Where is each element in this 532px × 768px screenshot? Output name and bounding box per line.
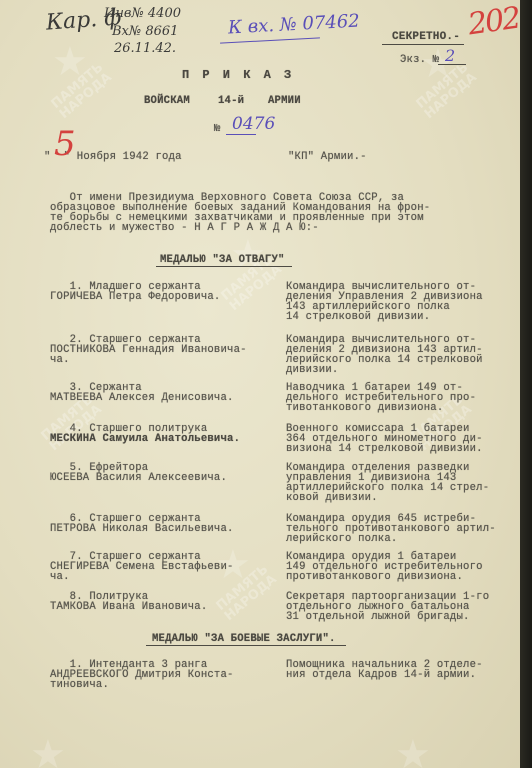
scan-edge [520, 0, 532, 768]
entry-position: лерийского полка. [286, 534, 397, 544]
copy-underline [438, 64, 466, 65]
entry-name: ЮСЕЕВА Василия Алексеевича. [50, 473, 227, 483]
copy-number: 2 [445, 46, 455, 65]
entry-name: ча. [50, 572, 70, 582]
order-number-prefix: № [214, 124, 221, 134]
entry-name: ПЕТРОВА Николая Васильевича. [50, 524, 234, 534]
order-subtitle-troops: ВОЙСКАМ [144, 96, 190, 106]
entry-position: ковой дивизии. [286, 493, 378, 503]
entry-name: МЕСКИНА Самуила Анатольевича. [50, 434, 240, 444]
entry-position: противотанкового дивизиона. [286, 572, 463, 582]
preamble-line: доблесть и мужество - Н А Г Р А Ж Д А Ю:… [50, 223, 319, 233]
entry-position: визиона 14 стрелковой дивизии. [286, 444, 483, 454]
order-day: 5 [54, 124, 76, 164]
entry-name: ГОРИЧЕВА Петра Федоровича. [50, 292, 221, 302]
entry-name: ча. [50, 355, 70, 365]
order-number-underline [226, 134, 256, 135]
document-page: ★ ПАМЯТЬ НАРОДА ★ ПАМЯТЬ НАРОДА ★ ПАМЯТЬ… [0, 0, 520, 768]
entry-position: 14 стрелковой дивизии. [286, 312, 430, 322]
entry-position: дивизии. [286, 365, 338, 375]
inventory-number-note: Инв№ 4400 [104, 6, 181, 21]
watermark-star-icon: ★ [395, 735, 435, 768]
incoming-register-note: К вх. № 07462 [228, 11, 361, 39]
register-underline [220, 37, 320, 43]
copy-label: Экз. № [400, 55, 439, 65]
order-subtitle-army: АРМИИ [268, 96, 301, 106]
section-heading-courage-medal: МЕДАЛЬЮ "ЗА ОТВАГУ" [160, 255, 285, 265]
incoming-number-note: Вх№ 8661 [112, 24, 178, 39]
order-title: П Р И К А З [182, 70, 294, 80]
entry-name: ПОСТНИКОВА Геннадия Ивановича- [50, 345, 247, 355]
order-place: "КП" Армии.- [288, 152, 367, 162]
section-heading-combat-merit-medal: МЕДАЛЬЮ "ЗА БОЕВЫЕ ЗАСЛУГИ". [152, 634, 336, 644]
order-subtitle-army-number: 14-й [218, 96, 244, 106]
entry-name: ТАМКОВА Ивана Ивановича. [50, 602, 207, 612]
order-number: 0476 [232, 114, 275, 134]
date-note: 26.11.42. [114, 41, 176, 56]
watermark-star-icon: ★ [30, 735, 70, 768]
section-heading-underline [156, 266, 292, 267]
entry-position: ния отдела Кадров 14-й армии. [286, 670, 476, 680]
entry-name: СНЕГИРЕВА Семена Евстафьеви- [50, 562, 234, 572]
entry-name: МАТВЕЕВА Алексея Денисовича. [50, 393, 234, 403]
entry-position: 31 отдельной лыжной бригады. [286, 612, 470, 622]
sheet-number: 202 [466, 1, 522, 43]
section-heading-underline [146, 645, 346, 646]
secret-underline [382, 44, 464, 45]
secret-stamp: СЕКРЕТНО.- [392, 32, 460, 42]
entry-position: тивотанкового дивизиона. [286, 403, 443, 413]
entry-name: тиновича. [50, 680, 109, 690]
